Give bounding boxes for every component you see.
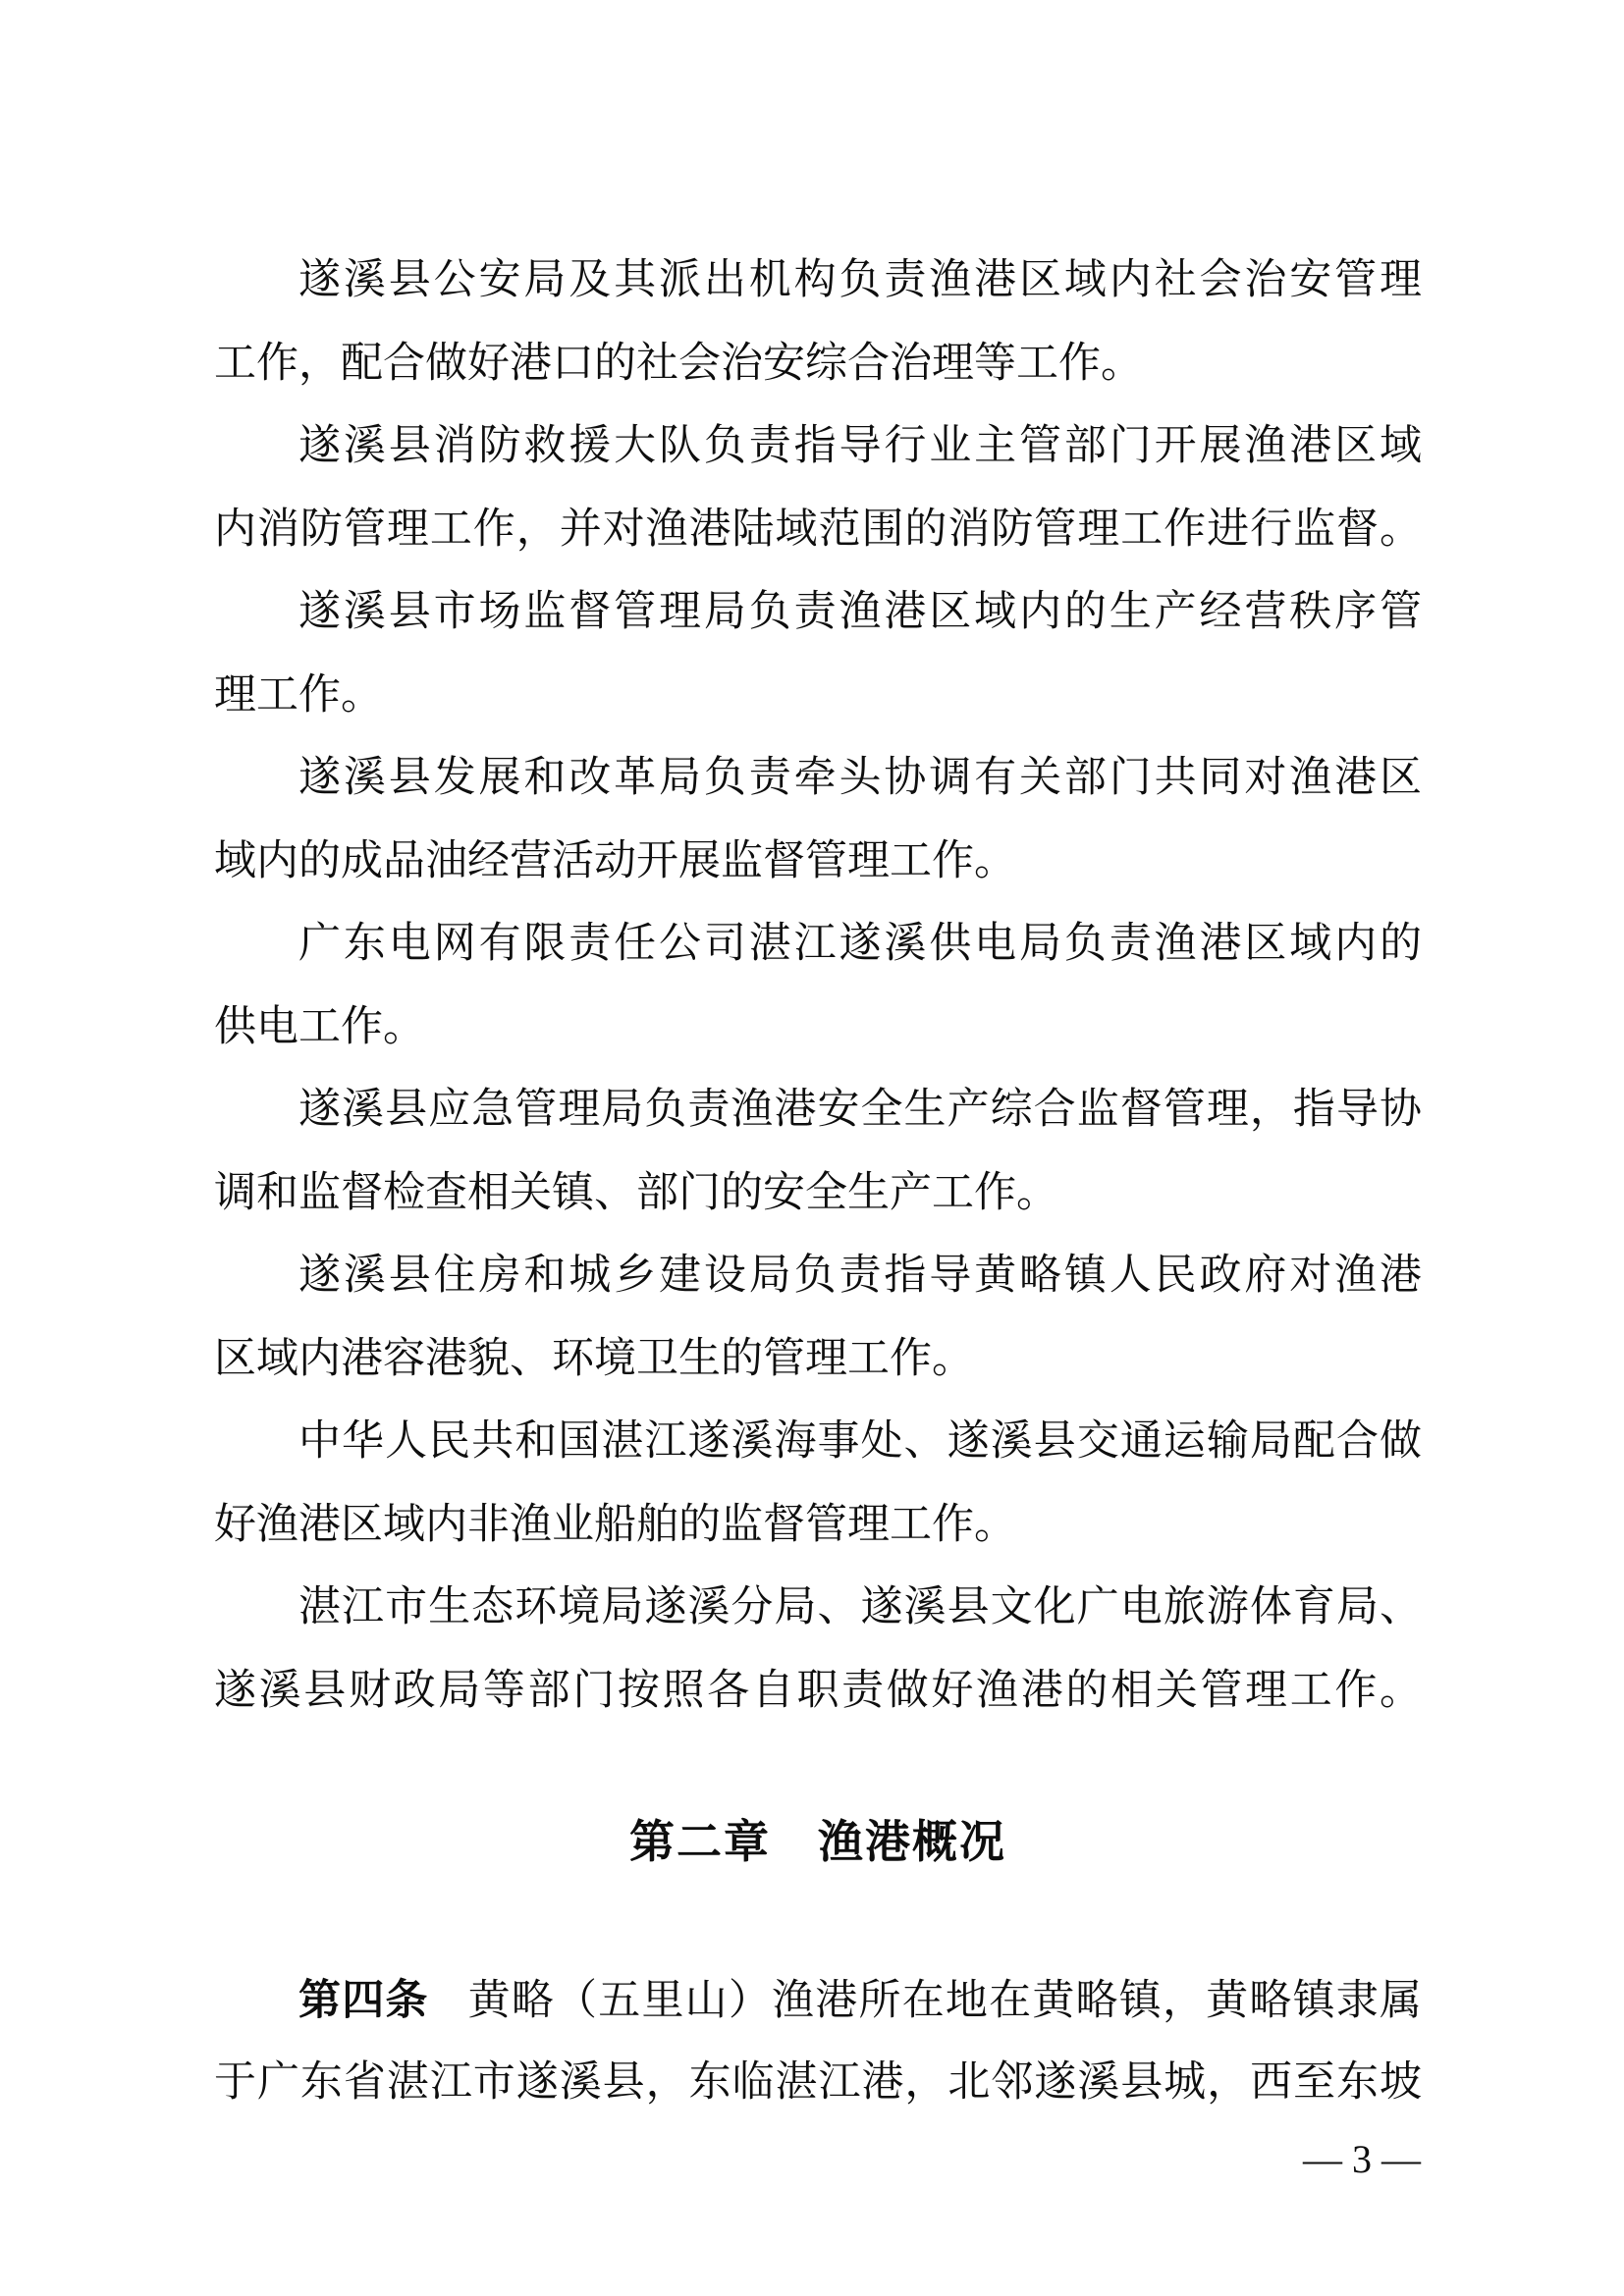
- article-number-label: 第四条: [298, 1977, 429, 2024]
- body-line: 好渔港区域内非渔业船舶的监督管理工作。: [214, 1484, 1422, 1568]
- body-line: 遂溪县应急管理局负责渔港安全生产综合监督管理，指导协: [214, 1069, 1422, 1152]
- body-line: 遂溪县发展和改革局负责牵头协调有关部门共同对渔港区: [214, 737, 1422, 821]
- body-line: 内消防管理工作，并对渔港陆域范围的消防管理工作进行监督。: [214, 489, 1422, 572]
- body-line: 调和监督检查相关镇、部门的安全生产工作。: [214, 1152, 1422, 1236]
- document-body: 遂溪县公安局及其派出机构负责渔港区域内社会治安管理 工作，配合做好港口的社会治安…: [214, 240, 1422, 2125]
- body-line: 供电工作。: [214, 987, 1422, 1070]
- body-line: 遂溪县财政局等部门按照各自职责做好渔港的相关管理工作。: [214, 1650, 1422, 1734]
- body-line: 工作，配合做好港口的社会治安综合治理等工作。: [214, 323, 1422, 406]
- body-line: 遂溪县市场监督管理局负责渔港区域内的生产经营秩序管: [214, 571, 1422, 655]
- body-line: 遂溪县消防救援大队负责指导行业主管部门开展渔港区域: [214, 405, 1422, 489]
- article-paragraph: 第四条黄略（五里山）渔港所在地在黄略镇，黄略镇隶属 于广东省湛江市遂溪县，东临湛…: [214, 1959, 1422, 2125]
- article-line-text: 黄略（五里山）渔港所在地在黄略镇，黄略镇隶属: [468, 1978, 1422, 2024]
- body-line: 广东电网有限责任公司湛江遂溪供电局负责渔港区域内的: [214, 903, 1422, 987]
- body-line: 区域内港容港貌、环境卫生的管理工作。: [214, 1318, 1422, 1402]
- body-line: 遂溪县住房和城乡建设局负责指导黄略镇人民政府对渔港: [214, 1235, 1422, 1318]
- document-page: 遂溪县公安局及其派出机构负责渔港区域内社会治安管理 工作，配合做好港口的社会治安…: [0, 0, 1624, 2296]
- page-number: — 3 —: [1303, 2138, 1421, 2181]
- body-line: 域内的成品油经营活动开展监督管理工作。: [214, 821, 1422, 904]
- body-line: 中华人民共和国湛江遂溪海事处、遂溪县交通运输局配合做: [214, 1401, 1422, 1484]
- body-line: 遂溪县公安局及其派出机构负责渔港区域内社会治安管理: [214, 240, 1422, 323]
- body-line: 湛江市生态环境局遂溪分局、遂溪县文化广电旅游体育局、: [214, 1567, 1422, 1650]
- article-line: 第四条黄略（五里山）渔港所在地在黄略镇，黄略镇隶属: [214, 1959, 1422, 2043]
- body-line: 理工作。: [214, 655, 1422, 738]
- chapter-heading: 第二章 渔港概况: [214, 1800, 1422, 1884]
- article-line: 于广东省湛江市遂溪县，东临湛江港，北邻遂溪县城，西至东坡: [214, 2042, 1422, 2125]
